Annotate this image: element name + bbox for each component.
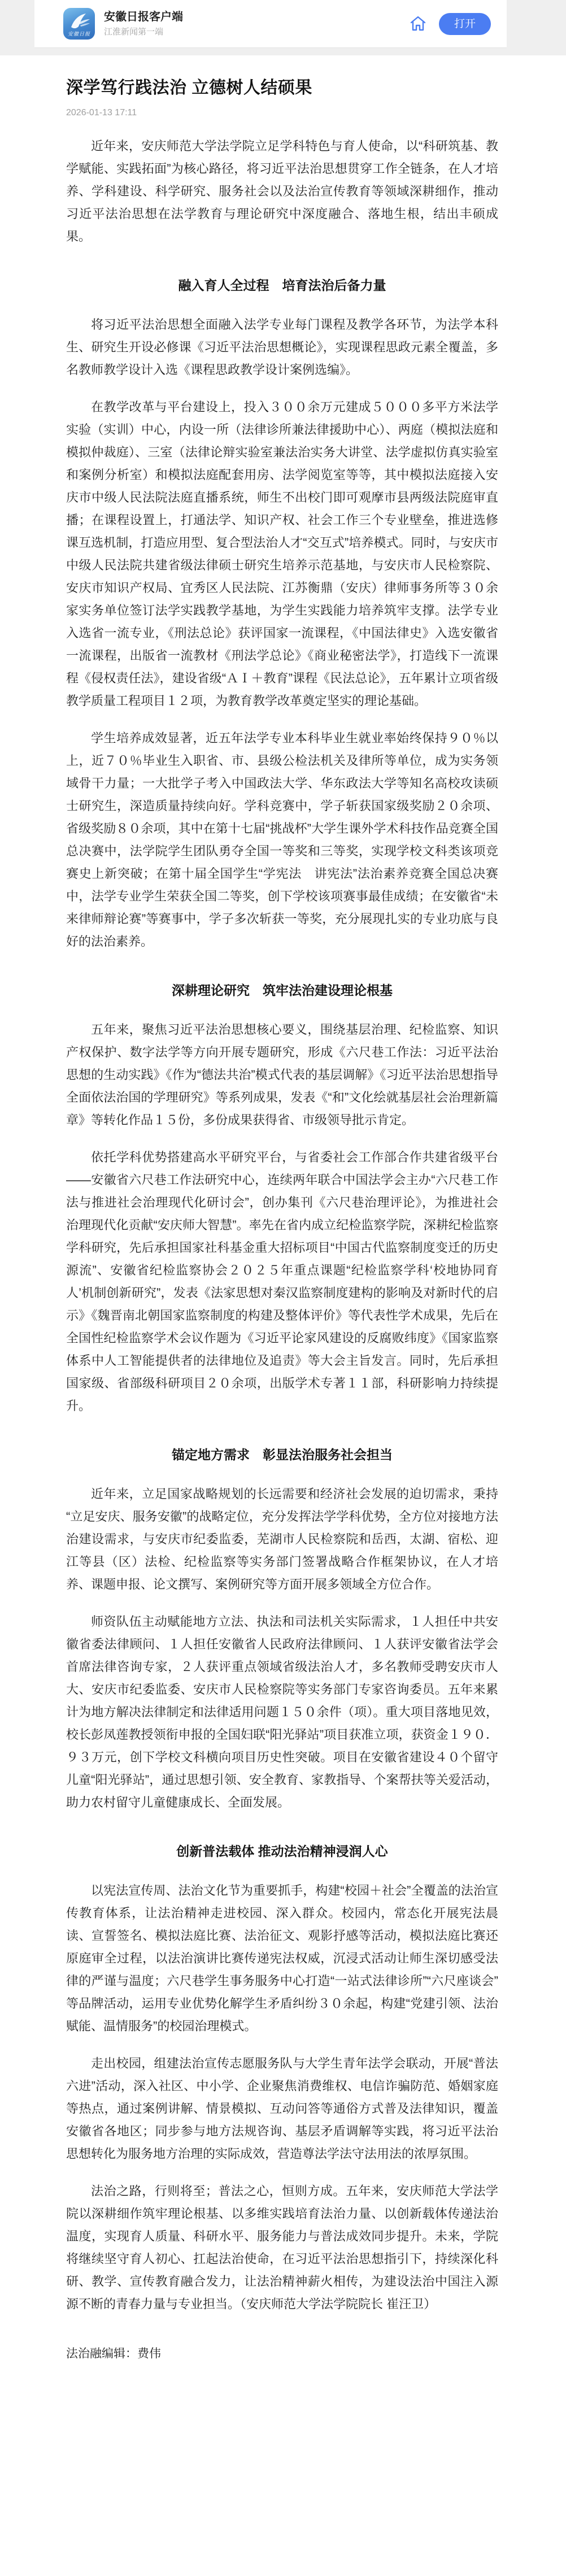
app-banner-strip: 安徽日报 安徽日报客户端 江淮新闻第一端 打开 xyxy=(0,0,566,55)
app-banner-actions: 打开 xyxy=(408,13,491,35)
article-paragraph: 师资队伍主动赋能地方立法、执法和司法机关实际需求，１人担任中共安徽省委法律顾问、… xyxy=(66,1611,498,1814)
article-paragraph: 五年来，聚焦习近平法治思想核心要义，围绕基层治理、纪检监察、知识产权保护、数字法… xyxy=(66,1019,498,1132)
editor-credit: 法治融编辑：费伟 xyxy=(66,2343,498,2365)
page-title: 深学笃行践法治 立德树人结硕果 xyxy=(66,77,498,99)
article-paragraph: 近年来，立足国家战略规划的长远需要和经济社会发展的迫切需求，秉持“立足安庆、服务… xyxy=(66,1483,498,1596)
section-heading: 创新普法载体 推动法治精神浸润人心 xyxy=(66,1840,498,1863)
article-paragraph: 以宪法宣传周、法治文化节为重要抓手，构建“校园＋社会”全覆盖的法治宣传教育体系，… xyxy=(66,1879,498,2038)
article-paragraph: 在教学改革与平台建设上，投入３００余万元建成５０００多平方米法学实验（实训）中心… xyxy=(66,396,498,712)
app-name: 安徽日报客户端 xyxy=(104,10,408,24)
article-paragraph: 走出校园，组建法治宣传志愿服务队与大学生青年法学会联动，开展“普法六进”活动，深… xyxy=(66,2052,498,2165)
app-logo-script-text: 安徽日报 xyxy=(63,30,95,37)
publish-date: 2026-01-13 17:11 xyxy=(66,108,498,118)
section-heading: 锚定地方需求 彰显法治服务社会担当 xyxy=(66,1443,498,1466)
section-heading: 深耕理论研究 筑牢法治建设理论根基 xyxy=(66,979,498,1002)
app-meta: 安徽日报客户端 江淮新闻第一端 xyxy=(104,10,408,38)
article-paragraph: 学生培养成效显著，近五年法学专业本科毕业生就业率始终保持９０％以上，近７０％毕业… xyxy=(66,727,498,953)
article-body: 近年来，安庆师范大学法学院立足学科特色与育人使命，以“科研筑基、教学赋能、实践拓… xyxy=(66,135,498,2316)
open-app-button[interactable]: 打开 xyxy=(439,13,491,35)
article-paragraph: 法治之路，行则将至；普法之心，恒则方成。五年来，安庆师范大学法学院以深耕细作筑牢… xyxy=(66,2180,498,2316)
home-icon[interactable] xyxy=(408,14,428,33)
app-logo: 安徽日报 xyxy=(63,8,95,40)
article-paragraph: 将习近平法治思想全面融入法学专业每门课程及教学各环节，为法学本科生、研究生开设必… xyxy=(66,314,498,381)
article-paragraph: 依托学科优势搭建高水平研究平台，与省委社会工作部合作共建省级平台——安徽省六尺巷… xyxy=(66,1146,498,1417)
section-heading: 融入育人全过程 培育法治后备力量 xyxy=(66,274,498,297)
app-banner: 安徽日报 安徽日报客户端 江淮新闻第一端 打开 xyxy=(34,0,507,47)
article: 深学笃行践法治 立德树人结硕果 2026-01-13 17:11 近年来，安庆师… xyxy=(0,77,566,2405)
app-tagline: 江淮新闻第一端 xyxy=(104,27,408,38)
article-paragraph: 近年来，安庆师范大学法学院立足学科特色与育人使命，以“科研筑基、教学赋能、实践拓… xyxy=(66,135,498,248)
